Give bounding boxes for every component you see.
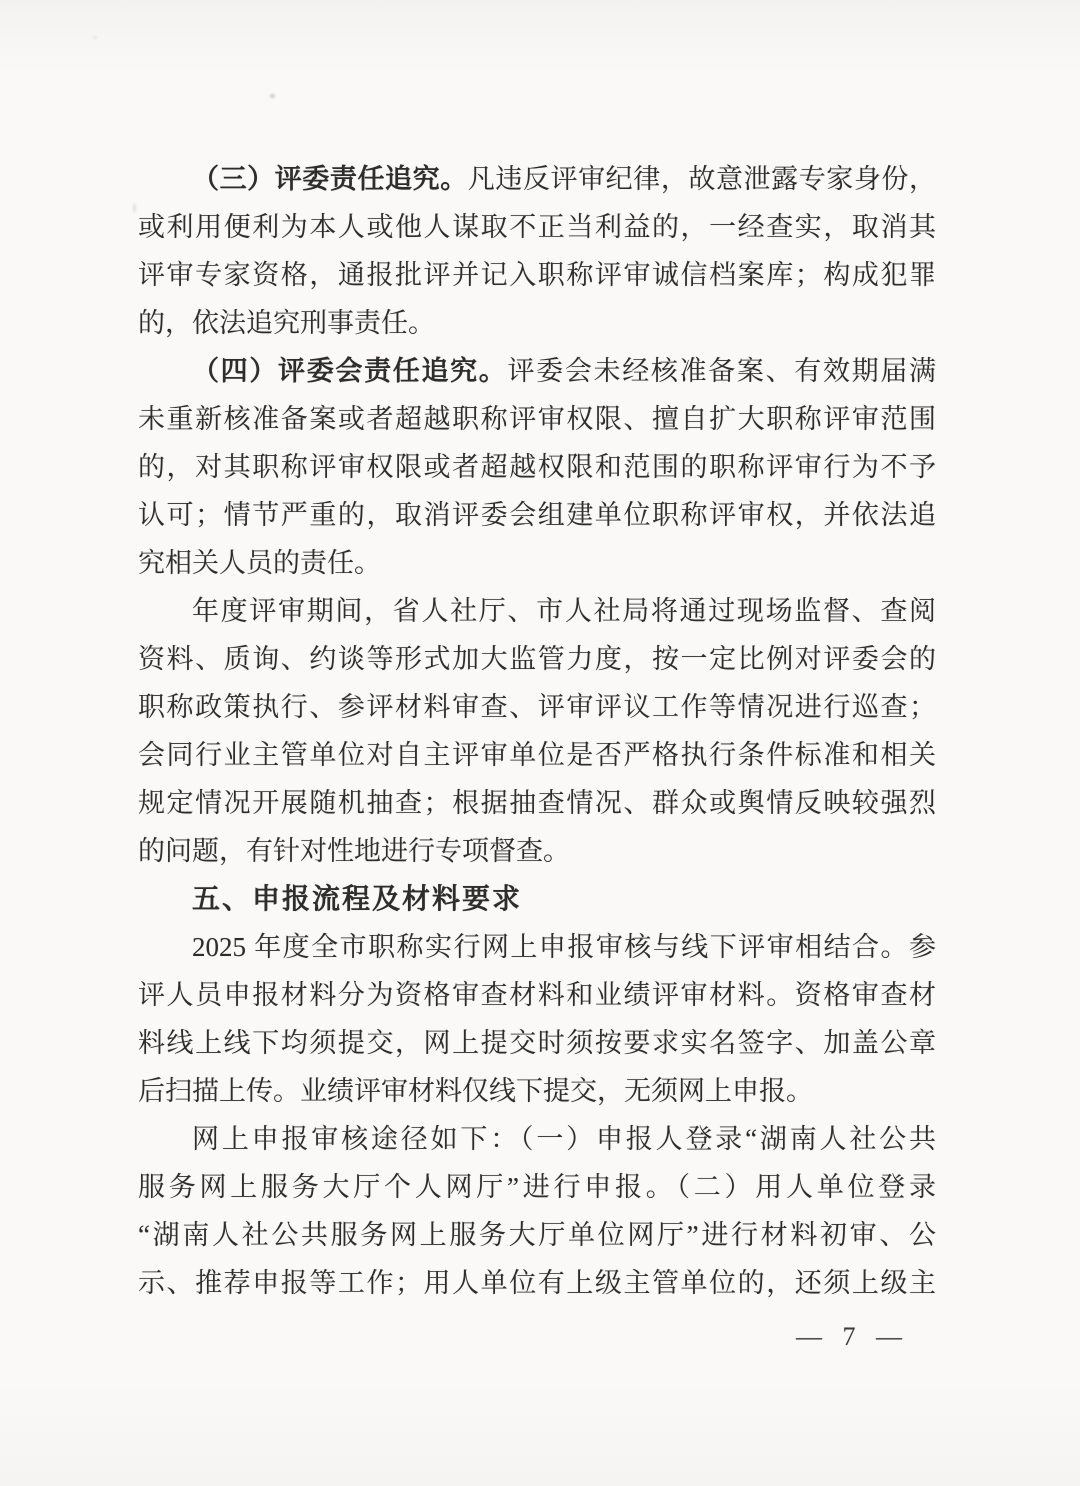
bold-text-run: （四）评委会责任追究。 [192,356,507,386]
text-line: 评审专家资格，通报批评并记入职称评审诚信档案库；构成犯罪 [138,251,936,299]
document-body: （三）评委责任追究。凡违反评审纪律，故意泄露专家身份，或利用便利为本人或他人谋取… [138,155,936,1307]
text-run: 示、推荐申报等工作；用人单位有上级主管单位的，还须上级主 [138,1268,936,1298]
text-run: 究相关人员的责任。 [138,548,381,578]
text-line: 规定情况开展随机抽查；根据抽查情况、群众或舆情反映较强烈 [138,779,936,827]
text-run: 2025 年度全市职称实行网上申报审核与线下评审相结合。参 [192,932,936,962]
bold-text-run: 五、申报流程及材料要求 [192,883,522,914]
text-run: 资料、质询、约谈等形式加大监管力度，按一定比例对评委会的 [138,644,936,674]
text-run: 的，依法追究刑事责任。 [138,308,435,338]
scan-speck [93,36,97,39]
text-run: 后扫描上传。业绩评审材料仅线下提交，无须网上申报。 [138,1076,813,1106]
text-line: 五、申报流程及材料要求 [138,875,936,923]
text-run: 会同行业主管单位对自主评审单位是否严格执行条件标准和相关 [138,740,936,770]
scan-speck [133,203,136,213]
text-line: 的问题，有针对性地进行专项督查。 [138,827,936,875]
scan-speck [270,94,275,98]
paragraph: 网上申报审核途径如下：（一）申报人登录“湖南人社公共服务网上服务大厅个人网厅”进… [138,1115,936,1307]
text-line: 料线上线下均须提交，网上提交时须按要求实名签字、加盖公章 [138,1019,936,1067]
page-number: — 7 — [796,1318,904,1356]
text-run: 的问题，有针对性地进行专项督查。 [138,836,570,866]
text-line: 未重新核准备案或者超越职称评审权限、擅自扩大职称评审范围 [138,395,936,443]
text-run: 评人员申报材料分为资格审查材料和业绩评审材料。资格审查材 [138,980,936,1010]
text-line: 示、推荐申报等工作；用人单位有上级主管单位的，还须上级主 [138,1259,936,1307]
text-run: 年度评审期间，省人社厅、市人社局将通过现场监督、查阅 [192,596,936,626]
document-page: （三）评委责任追究。凡违反评审纪律，故意泄露专家身份，或利用便利为本人或他人谋取… [0,0,1080,1486]
text-run: 服务网上服务大厅个人网厅”进行申报。（二）用人单位登录 [138,1172,936,1202]
text-run: 认可；情节严重的，取消评委会组建单位职称评审权，并依法追 [138,500,936,530]
text-line: 究相关人员的责任。 [138,539,936,587]
text-line: 资料、质询、约谈等形式加大监管力度，按一定比例对评委会的 [138,635,936,683]
text-line: 认可；情节严重的，取消评委会组建单位职称评审权，并依法追 [138,491,936,539]
bold-text-run: （三）评委责任追究。 [192,164,468,194]
text-run: 或利用便利为本人或他人谋取不正当利益的，一经查实，取消其 [138,212,936,242]
text-run: “湖南人社公共服务网上服务大厅单位网厅”进行材料初审、公 [138,1220,936,1250]
text-line: （三）评委责任追究。凡违反评审纪律，故意泄露专家身份， [138,155,936,203]
text-run: 网上申报审核途径如下：（一）申报人登录“湖南人社公共 [192,1124,936,1154]
text-run: 职称政策执行、参评材料审查、评审评议工作等情况进行巡查； [138,692,936,722]
paragraph: 2025 年度全市职称实行网上申报审核与线下评审相结合。参评人员申报材料分为资格… [138,923,936,1115]
text-line: 会同行业主管单位对自主评审单位是否严格执行条件标准和相关 [138,731,936,779]
text-line: 评人员申报材料分为资格审查材料和业绩评审材料。资格审查材 [138,971,936,1019]
paragraph: （三）评委责任追究。凡违反评审纪律，故意泄露专家身份，或利用便利为本人或他人谋取… [138,155,936,347]
text-line: 后扫描上传。业绩评审材料仅线下提交，无须网上申报。 [138,1067,936,1115]
text-line: 或利用便利为本人或他人谋取不正当利益的，一经查实，取消其 [138,203,936,251]
text-line: 的，依法追究刑事责任。 [138,299,936,347]
paragraph: （四）评委会责任追究。评委会未经核准备案、有效期届满未重新核准备案或者超越职称评… [138,347,936,587]
text-run: 评审专家资格，通报批评并记入职称评审诚信档案库；构成犯罪 [138,260,936,290]
section-heading: 五、申报流程及材料要求 [138,875,936,923]
text-line: 服务网上服务大厅个人网厅”进行申报。（二）用人单位登录 [138,1163,936,1211]
paragraph: 年度评审期间，省人社厅、市人社局将通过现场监督、查阅资料、质询、约谈等形式加大监… [138,587,936,875]
text-run: 规定情况开展随机抽查；根据抽查情况、群众或舆情反映较强烈 [138,788,936,818]
text-run: 未重新核准备案或者超越职称评审权限、擅自扩大职称评审范围 [138,404,936,434]
text-run: 的，对其职称评审权限或者超越权限和范围的职称评审行为不予 [138,452,936,482]
text-line: 2025 年度全市职称实行网上申报审核与线下评审相结合。参 [138,923,936,971]
text-run: 凡违反评审纪律，故意泄露专家身份， [468,164,936,194]
text-run: 料线上线下均须提交，网上提交时须按要求实名签字、加盖公章 [138,1028,936,1058]
text-line: 职称政策执行、参评材料审查、评审评议工作等情况进行巡查； [138,683,936,731]
text-line: 年度评审期间，省人社厅、市人社局将通过现场监督、查阅 [138,587,936,635]
text-line: 网上申报审核途径如下：（一）申报人登录“湖南人社公共 [138,1115,936,1163]
text-run: 评委会未经核准备案、有效期届满 [507,356,936,386]
text-line: （四）评委会责任追究。评委会未经核准备案、有效期届满 [138,347,936,395]
text-line: 的，对其职称评审权限或者超越权限和范围的职称评审行为不予 [138,443,936,491]
text-line: “湖南人社公共服务网上服务大厅单位网厅”进行材料初审、公 [138,1211,936,1259]
